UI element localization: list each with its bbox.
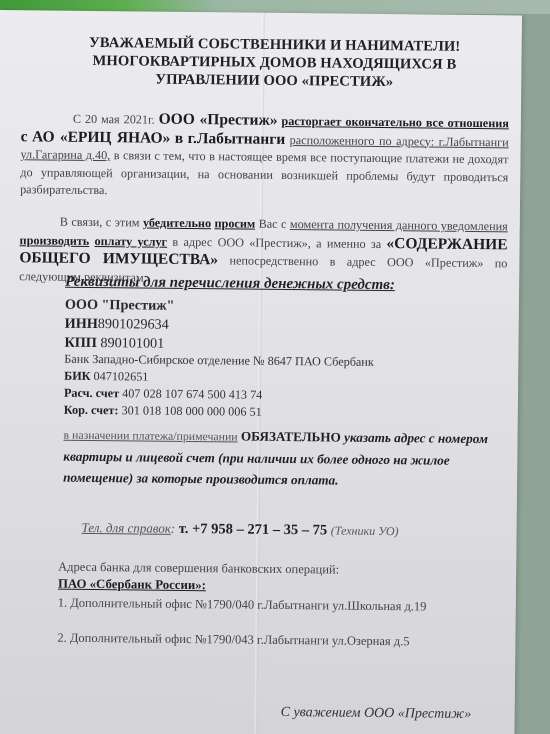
phone-label: Тел. для справок [82, 520, 171, 536]
requisites-heading: Реквизиты для перечисления денежных сред… [65, 274, 395, 294]
phone-line: Тел. для справок: т. +7 958 – 271 – 35 –… [81, 520, 398, 540]
make-text: производить [20, 233, 90, 248]
inn-value: 8901029634 [98, 316, 169, 333]
printed-notice-paper: УВАЖАЕМЫЙ СОБСТВЕННИКИ И НАНИМАТЕЛИ! МНО… [0, 10, 522, 734]
kpp-value: 890101001 [100, 335, 164, 352]
corr-label: Кор. счет: [64, 403, 119, 418]
in-text: в [175, 129, 184, 146]
bank-name: ПАО «Сбербанк России»: [58, 577, 206, 594]
requisites-bank: Банк Западно-Сибирское отделение № 8647 … [64, 352, 374, 370]
note-lead: в назначении платежа/примечании [63, 428, 237, 444]
requisites-corr-account: Кор. счет: 301 018 108 000 000 006 51 [64, 403, 262, 420]
requisites-kpp: КПП 890101001 [64, 335, 164, 353]
corr-value: 301 018 108 000 000 006 51 [121, 403, 261, 418]
payment-note: в назначении платежа/примечании ОБЯЗАТЕЛ… [63, 424, 509, 493]
account-value: 407 028 107 674 500 413 74 [122, 386, 262, 401]
phone-number: +7 958 – 271 – 35 – 75 [192, 521, 327, 538]
to-address-text: в адрес ООО «Престиж», а именно за [172, 234, 381, 250]
requisites-account: Расч. счет 407 028 107 674 500 413 74 [64, 386, 262, 403]
phone-prefix: т. [179, 521, 189, 537]
request-start: В связи, с этим [60, 215, 140, 230]
bank-office-2: 2. Дополнительный офис №1790/043 г.Лабыт… [57, 631, 409, 650]
company-name: ООО «Престиж» [159, 111, 278, 129]
requisites-inn: ИНН8901029634 [65, 316, 169, 334]
ask-text: просим [214, 216, 255, 230]
bik-label: БИК [64, 369, 91, 383]
urgently-text: убедительно [143, 216, 211, 231]
account-label: Расч. счет [64, 386, 119, 401]
payment-text: оплату услуг [95, 234, 168, 249]
requisites-company: ООО "Престиж" [65, 297, 175, 315]
note-mandatory: ОБЯЗАТЕЛЬНО [241, 429, 341, 445]
paragraph-termination: С 20 мая 2021г. ООО «Престиж» расторгает… [20, 109, 509, 204]
kpp-label: КПП [64, 335, 97, 351]
bank-office-1: 1. Дополнительный офис №1790/040 г.Лабыт… [58, 596, 427, 615]
notice-title: УВАЖАЕМЫЙ СОБСТВЕННИКИ И НАНИМАТЕЛИ! МНО… [39, 33, 510, 92]
signature: С уважением ООО «Престиж» [281, 705, 472, 723]
with-text: с [21, 128, 28, 145]
bank-addresses-intro: Адреса банка для совершения банковских о… [58, 560, 339, 578]
inn-label: ИНН [65, 316, 98, 332]
counterparty-name: АО «ЕРИЦ ЯНАО» [32, 128, 170, 146]
date-text: С 20 мая 2021г. [73, 112, 155, 127]
from-moment-text: момента получения данного уведомления [290, 217, 508, 233]
city-name: г.Лабытнанги [188, 129, 286, 147]
phone-note: (Техники УО) [331, 523, 399, 538]
requisites-bik: БИК 047102651 [64, 369, 148, 385]
bik-value: 047102651 [94, 369, 149, 384]
request-mid: Вас с [259, 217, 287, 231]
terminates-text: расторгает окончательно все отношения [281, 114, 509, 130]
